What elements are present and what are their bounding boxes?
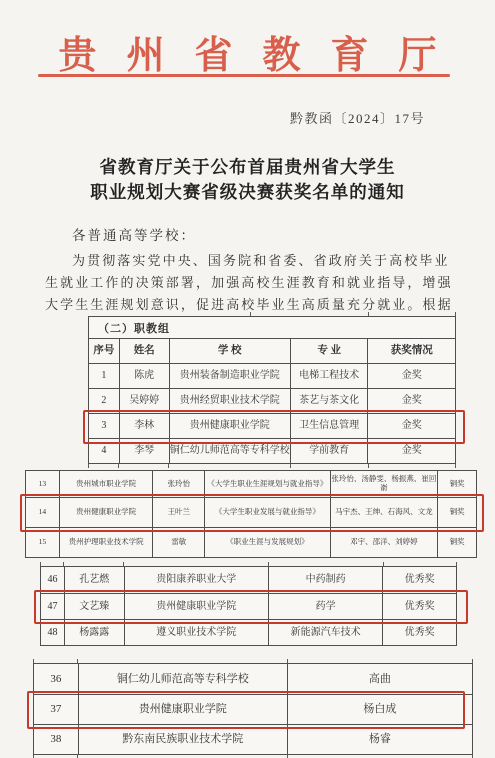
table-row: 48杨露露遵义职业技术学院新能源汽车技术优秀奖 <box>41 619 456 645</box>
table-cell: 新能源汽车技术 <box>268 620 382 645</box>
table-cell: 贵州装备制造职业学院 <box>169 364 290 388</box>
table-cell: 邓宇、邵洋、刘婷婷 <box>330 528 438 557</box>
table-cell: 优秀奖 <box>382 594 456 619</box>
table-cell: 中药制药 <box>268 567 382 593</box>
table-cell: 杨露露 <box>64 620 124 645</box>
table-cell: 高曲 <box>287 664 472 694</box>
table-cell: 铜奖 <box>437 471 476 497</box>
table-cell: 张玲怡 <box>152 471 204 497</box>
table-cell: 孔艺燃 <box>64 567 124 593</box>
table-cell: 《职业生涯与发展规划》 <box>204 528 329 557</box>
table-cut-edge <box>88 464 456 468</box>
award-table-excellence: 46孔艺燃贵阳康养职业大学中药制药优秀奖47文艺臻贵州健康职业学院药学优秀奖48… <box>40 562 457 646</box>
table-row-highlighted: 47文艺臻贵州健康职业学院药学优秀奖 <box>41 593 456 619</box>
table-row: 2吴婷婷贵州经贸职业技术学院茶艺与茶文化金奖 <box>89 388 455 413</box>
table-group-label: （二）职教组 <box>89 317 455 338</box>
table-cell: 学前教育 <box>290 439 368 463</box>
table-cell: 优秀奖 <box>382 620 456 645</box>
table-cell: 金奖 <box>367 364 455 388</box>
table-cell: 46 <box>41 567 64 593</box>
document-title-line1: 省教育厅关于公布首届贵州省大学生 <box>0 155 495 180</box>
table-cell: 遵义职业技术学院 <box>124 620 268 645</box>
document-title: 省教育厅关于公布首届贵州省大学生 职业规划大赛省级决赛获奖名单的通知 <box>0 155 495 205</box>
table-cell: 1 <box>89 364 119 388</box>
table-body: 46孔艺燃贵阳康养职业大学中药制药优秀奖47文艺臻贵州健康职业学院药学优秀奖48… <box>40 566 457 646</box>
award-table-course-bronze: 13贵州城市职业学院张玲怡《大学生职业生涯规划与就业指导》张玲怡、汤静雯、杨振燕… <box>25 470 477 558</box>
table-cell: 金奖 <box>367 389 455 413</box>
document-number: 黔教函〔2024〕17号 <box>290 108 425 127</box>
table-cell: 14 <box>26 498 59 527</box>
table-cell: 38 <box>34 725 78 754</box>
table-row: 46孔艺燃贵阳康养职业大学中药制药优秀奖 <box>41 567 456 593</box>
body-paragraph: 为贯彻落实党中央、国务院和省委、省政府关于高校毕业 生就业工作的决策部署，加强高… <box>45 250 455 316</box>
table-cut-edge <box>33 659 473 663</box>
table-row: 38黔东南民族职业技术学院杨睿 <box>34 724 472 754</box>
table-cell: 铜仁幼儿师范高等专科学校 <box>169 439 290 463</box>
table-cell: 雷敏 <box>152 528 204 557</box>
table-row: 36铜仁幼儿师范高等专科学校高曲 <box>34 664 472 694</box>
table-cell: 贵州健康职业学院 <box>124 594 268 619</box>
table-cell: 3 <box>89 414 119 438</box>
table-cell: 优秀奖 <box>382 567 456 593</box>
table-cell: 《大学生职业发展与就业指导》 <box>204 498 329 527</box>
table-cell: 47 <box>41 594 64 619</box>
body-line: 生就业工作的决策部署，加强高校生涯教育和就业指导，增强 <box>45 272 455 294</box>
table-cell: 杨白成 <box>287 695 472 724</box>
table-cell: 贵阳康养职业大学 <box>124 567 268 593</box>
table-cell: 李林 <box>119 414 169 438</box>
table-cell: 金奖 <box>367 439 455 463</box>
table-row: 1陈虎贵州装备制造职业学院电梯工程技术金奖 <box>89 363 455 388</box>
table-cell: 王叶兰 <box>152 498 204 527</box>
letterhead-rule <box>38 74 450 77</box>
table-header-cell: 姓名 <box>119 339 169 363</box>
table-cut-edge <box>88 312 456 316</box>
table-header-row: 序号姓名学 校专 业获奖情况 <box>89 338 455 363</box>
table-cell: 陈虎 <box>119 364 169 388</box>
table-cell: 金奖 <box>367 414 455 438</box>
table-cell: 铜奖 <box>437 528 476 557</box>
table-cell: 15 <box>26 528 59 557</box>
table-cell: 贵州城市职业学院 <box>59 471 153 497</box>
table-cell: 黔东南民族职业技术学院 <box>78 725 287 754</box>
table-cell: 杨睿 <box>287 725 472 754</box>
body-line: 为贯彻落实党中央、国务院和省委、省政府关于高校毕业 <box>45 250 455 272</box>
table-row: 15贵州护理职业技术学院雷敏《职业生涯与发展规划》邓宇、邵洋、刘婷婷铜奖 <box>26 527 476 557</box>
table-cell: 马宇杰、王绅、石海风、文龙 <box>330 498 438 527</box>
letterhead-org-name: 贵州省教育厅 <box>0 24 495 79</box>
table-cell: 卫生信息管理 <box>290 414 368 438</box>
table-cell: 48 <box>41 620 64 645</box>
award-table-vocational-group: （二）职教组序号姓名学 校专 业获奖情况1陈虎贵州装备制造职业学院电梯工程技术金… <box>88 312 456 468</box>
table-row-highlighted: 3李林贵州健康职业学院卫生信息管理金奖 <box>89 413 455 438</box>
table-cell: 贵州经贸职业技术学院 <box>169 389 290 413</box>
table-header-cell: 获奖情况 <box>367 339 455 363</box>
table-cell: 吴婷婷 <box>119 389 169 413</box>
table-header-cell: 序号 <box>89 339 119 363</box>
table-cell: 贵州护理职业技术学院 <box>59 528 153 557</box>
award-table-names: 36铜仁幼儿师范高等专科学校高曲37贵州健康职业学院杨白成38黔东南民族职业技术… <box>33 659 473 758</box>
table-header-cell: 学 校 <box>169 339 290 363</box>
table-cell: 13 <box>26 471 59 497</box>
table-body: （二）职教组序号姓名学 校专 业获奖情况1陈虎贵州装备制造职业学院电梯工程技术金… <box>88 316 456 464</box>
table-cell: 药学 <box>268 594 382 619</box>
table-cell: 李琴 <box>119 439 169 463</box>
table-cell: 贵州健康职业学院 <box>169 414 290 438</box>
table-cell: 张玲怡、汤静雯、杨振燕、崔回嵛 <box>330 471 438 497</box>
table-row-highlighted: 14贵州健康职业学院王叶兰《大学生职业发展与就业指导》马宇杰、王绅、石海风、文龙… <box>26 497 476 527</box>
document-title-line2: 职业规划大赛省级决赛获奖名单的通知 <box>0 180 495 205</box>
table-cell: 茶艺与茶文化 <box>290 389 368 413</box>
table-cell: 贵州健康职业学院 <box>59 498 153 527</box>
salutation: 各普通高等学校： <box>72 224 196 244</box>
table-row: 13贵州城市职业学院张玲怡《大学生职业生涯规划与就业指导》张玲怡、汤静雯、杨振燕… <box>26 471 476 497</box>
table-cell: 贵州健康职业学院 <box>78 695 287 724</box>
table-cut-edge <box>40 562 457 566</box>
table-header-cell: 专 业 <box>290 339 368 363</box>
table-cell: 铜奖 <box>437 498 476 527</box>
table-cell: 《大学生职业生涯规划与就业指导》 <box>204 471 329 497</box>
table-body: 36铜仁幼儿师范高等专科学校高曲37贵州健康职业学院杨白成38黔东南民族职业技术… <box>33 663 473 755</box>
table-row-highlighted: 37贵州健康职业学院杨白成 <box>34 694 472 724</box>
table-cell: 36 <box>34 664 78 694</box>
table-cell: 4 <box>89 439 119 463</box>
table-cell: 2 <box>89 389 119 413</box>
document-page: 贵州省教育厅 黔教函〔2024〕17号 省教育厅关于公布首届贵州省大学生 职业规… <box>0 0 495 758</box>
table-cell: 铜仁幼儿师范高等专科学校 <box>78 664 287 694</box>
table-cell: 37 <box>34 695 78 724</box>
table-body: 13贵州城市职业学院张玲怡《大学生职业生涯规划与就业指导》张玲怡、汤静雯、杨振燕… <box>25 470 477 558</box>
table-row: 4李琴铜仁幼儿师范高等专科学校学前教育金奖 <box>89 438 455 463</box>
table-cell: 文艺臻 <box>64 594 124 619</box>
table-cell: 电梯工程技术 <box>290 364 368 388</box>
